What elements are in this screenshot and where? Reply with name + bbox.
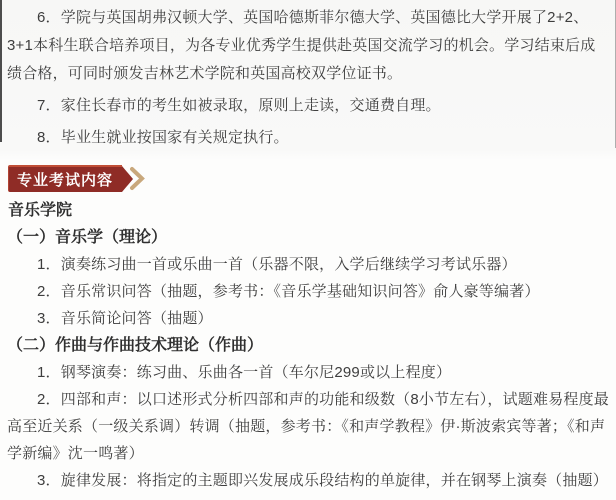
group-2-item-2: 2．四部和声：以口述形式分析四部和声的功能和级数（8小节左右），试题难易程度最高… (7, 386, 609, 467)
section-banner: 专业考试内容 (8, 165, 609, 192)
group-2-item-3: 3．旋律发展：将指定的主题即兴发展成乐段结构的单旋律，并在钢琴上演奏（抽题） (7, 467, 609, 494)
document-page: 6．学院与英国胡弗汉顿大学、英国哈德斯菲尔德大学、英国德比大学开展了2+2、3+… (0, 0, 616, 500)
chevron-right-icon (129, 165, 146, 192)
group-1-item-2: 2．音乐常识问答（抽题，参考书：《音乐学基础知识问答》俞人豪等编著） (7, 278, 609, 305)
group-1-item-1: 1．演奏练习曲一首或乐曲一首（乐器不限，入学后继续学习考试乐器） (7, 251, 609, 278)
group-1-item-3: 3．音乐简论问答（抽题） (7, 305, 609, 332)
group-1-heading: （一）音乐学（理论） (7, 224, 609, 251)
section-banner-box: 专业考试内容 (8, 165, 122, 192)
school-heading: 音乐学院 (8, 197, 609, 224)
paragraph-8: 8．毕业生就业按国家有关规定执行。 (7, 124, 609, 152)
group-2-heading: （二）作曲与作曲技术理论（作曲） (7, 332, 609, 359)
section-banner-label: 专业考试内容 (17, 169, 113, 190)
paragraph-7: 7．家住长春市的考生如被录取，原则上走读，交通费自理。 (7, 92, 609, 120)
left-edge-line (0, 0, 2, 142)
group-2-item-1: 1．钢琴演奏：练习曲、乐曲各一首（车尔尼299或以上程度） (7, 359, 609, 386)
paragraph-6: 6．学院与英国胡弗汉顿大学、英国哈德斯菲尔德大学、英国德比大学开展了2+2、3+… (7, 4, 609, 88)
exam-content-section: 音乐学院 （一）音乐学（理论） 1．演奏练习曲一首或乐曲一首（乐器不限，入学后继… (7, 197, 609, 494)
